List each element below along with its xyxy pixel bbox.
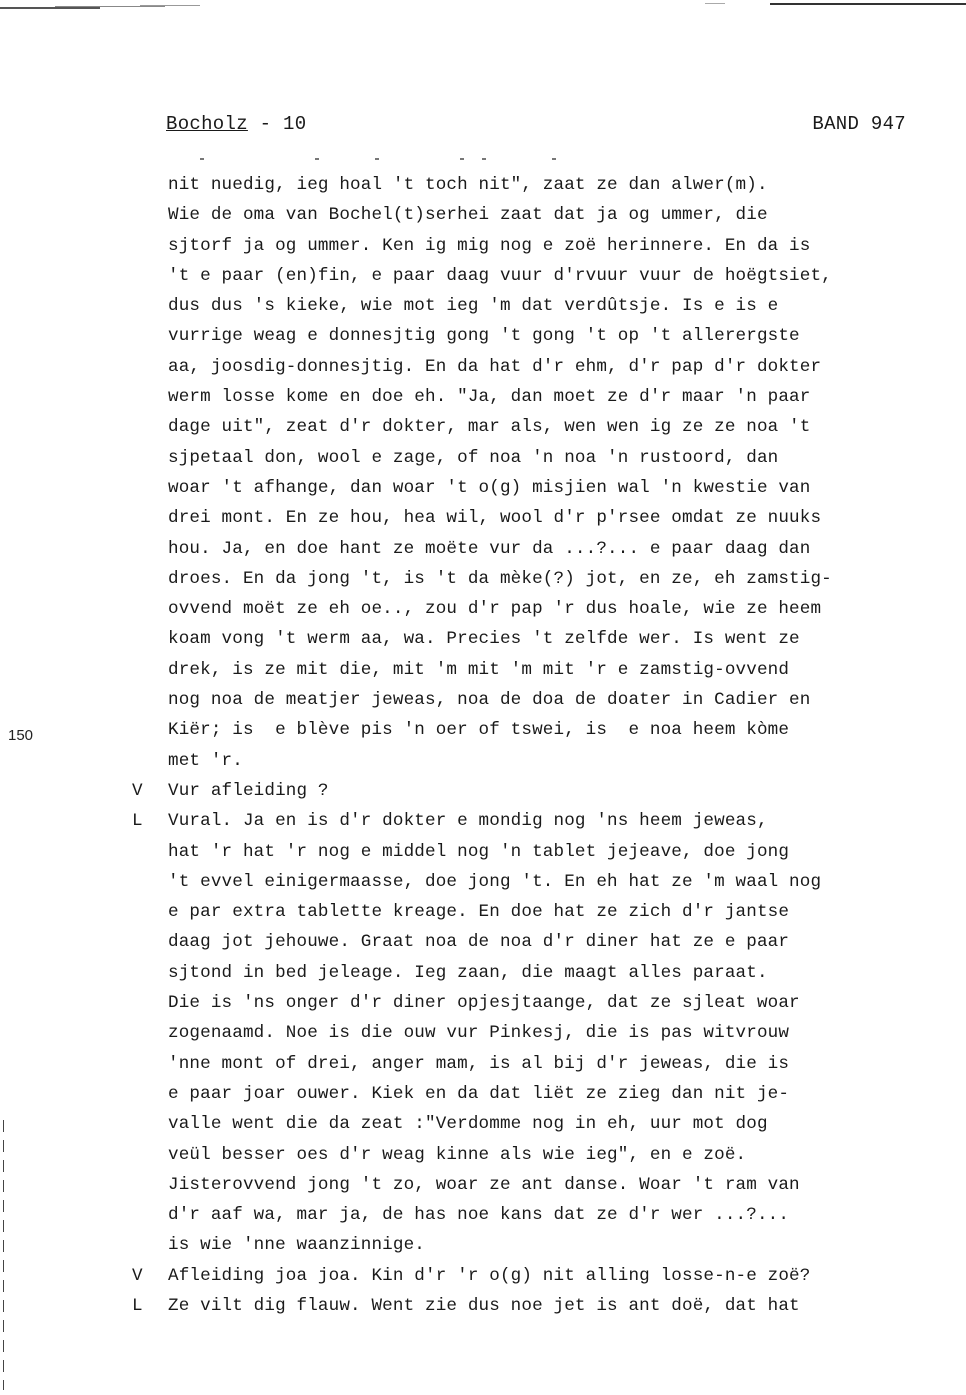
line-text: hou. Ja, en doe hant ze moëte vur da ...… <box>168 539 810 559</box>
line-text: koam vong 't werm aa, wa. Precies 't zel… <box>168 629 800 649</box>
line-text: dage uit", zeat d'r dokter, mar als, wen… <box>168 417 810 437</box>
transcript-line: Jisterovvend jong 't zo, woar ze ant dan… <box>132 1170 932 1200</box>
place-name: Bocholz <box>166 113 248 135</box>
line-text: nog noa de meatjer jeweas, noa de doa de… <box>168 690 810 710</box>
speaker-label: V <box>132 1261 156 1291</box>
line-text: 'nne mont of drei, anger mam, is al bij … <box>168 1054 789 1074</box>
line-text: werm losse kome en doe eh. "Ja, dan moet… <box>168 387 810 407</box>
transcript-line: 'nne mont of drei, anger mam, is al bij … <box>132 1049 932 1079</box>
transcript-line: LZe vilt dig flauw. Went zie dus noe jet… <box>132 1291 932 1321</box>
transcript-line: woar 't afhange, dan woar 't o(g) misjie… <box>132 473 932 503</box>
line-text: drei mont. En ze hou, hea wil, wool d'r … <box>168 508 821 528</box>
line-text: vurrige weag e donnesjtig gong 't gong '… <box>168 326 800 346</box>
line-text: daag jot jehouwe. Graat noa de noa d'r d… <box>168 932 789 952</box>
line-text: aa, joosdig-donnesjtig. En da hat d'r eh… <box>168 357 821 377</box>
line-text: sjpetaal don, wool e zage, of noa 'n noa… <box>168 448 778 468</box>
transcript-line: e paar joar ouwer. Kiek en da dat liët z… <box>132 1079 932 1109</box>
transcript-line: aa, joosdig-donnesjtig. En da hat d'r eh… <box>132 352 932 382</box>
transcript-line: Die is 'ns onger d'r diner opjesjtaange,… <box>132 988 932 1018</box>
line-text: Die is 'ns onger d'r diner opjesjtaange,… <box>168 993 800 1013</box>
transcript-line: is wie 'nne waanzinnige. <box>132 1230 932 1260</box>
transcript-line: dus dus 's kieke, wie mot ieg 'm dat ver… <box>132 291 932 321</box>
scan-artifact-line <box>770 3 966 5</box>
line-text: Afleiding joa joa. Kin d'r 'r o(g) nit a… <box>168 1266 810 1286</box>
transcript-line: drek, is ze mit die, mit 'm mit 'm mit '… <box>132 655 932 685</box>
scan-artifact-line <box>705 3 725 4</box>
line-text: veül besser oes d'r weag kinne als wie i… <box>168 1145 746 1165</box>
transcript-line: werm losse kome en doe eh. "Ja, dan moet… <box>132 382 932 412</box>
transcript-line: vurrige weag e donnesjtig gong 't gong '… <box>132 321 932 351</box>
line-text: sjtond in bed jeleage. Ieg zaan, die maa… <box>168 963 768 983</box>
transcript-line: sjtond in bed jeleage. Ieg zaan, die maa… <box>132 958 932 988</box>
scan-dots <box>200 158 600 162</box>
line-text: 't e paar (en)fin, e paar daag vuur d'rv… <box>168 266 832 286</box>
line-text: 't evvel einigermaasse, doe jong 't. En … <box>168 872 821 892</box>
transcript-line: nog noa de meatjer jeweas, noa de doa de… <box>132 685 932 715</box>
transcript-line: sjtorf ja og ummer. Ken ig mig nog e zoë… <box>132 231 932 261</box>
transcript-line: hou. Ja, en doe hant ze moëte vur da ...… <box>132 534 932 564</box>
transcript-line: drei mont. En ze hou, hea wil, wool d'r … <box>132 503 932 533</box>
line-text: Wie de oma van Bochel(t)serhei zaat dat … <box>168 205 768 225</box>
margin-line-number: 150 <box>8 727 33 744</box>
transcript-line: Wie de oma van Bochel(t)serhei zaat dat … <box>132 200 932 230</box>
line-text: e par extra tablette kreage. En doe hat … <box>168 902 789 922</box>
line-text: Jisterovvend jong 't zo, woar ze ant dan… <box>168 1175 800 1195</box>
scan-artifact-line <box>0 7 100 9</box>
line-text: d'r aaf wa, mar ja, de has noe kans dat … <box>168 1205 789 1225</box>
transcript-line: sjpetaal don, wool e zage, of noa 'n noa… <box>132 443 932 473</box>
line-text: drek, is ze mit die, mit 'm mit 'm mit '… <box>168 660 789 680</box>
line-text: hat 'r hat 'r nog e middel nog 'n tablet… <box>168 842 789 862</box>
line-text: is wie 'nne waanzinnige. <box>168 1235 425 1255</box>
line-text: sjtorf ja og ummer. Ken ig mig nog e zoë… <box>168 236 810 256</box>
transcript-line: dage uit", zeat d'r dokter, mar als, wen… <box>132 412 932 442</box>
transcript-line: valle went die da zeat :"Verdomme nog in… <box>132 1109 932 1139</box>
transcript-line: veül besser oes d'r weag kinne als wie i… <box>132 1140 932 1170</box>
speaker-label: L <box>132 1291 156 1321</box>
transcript-line: daag jot jehouwe. Graat noa de noa d'r d… <box>132 927 932 957</box>
transcript-line: nit nuedig, ieg hoal 't toch nit", zaat … <box>132 170 932 200</box>
speaker-label: L <box>132 806 156 836</box>
line-text: dus dus 's kieke, wie mot ieg 'm dat ver… <box>168 296 778 316</box>
line-text: met 'r. <box>168 751 243 771</box>
line-text: Vur afleiding ? <box>168 781 329 801</box>
scan-artifact-line <box>55 6 165 7</box>
transcript-line: VVur afleiding ? <box>132 776 932 806</box>
transcript-line: zogenaamd. Noe is die ouw vur Pinkesj, d… <box>132 1018 932 1048</box>
line-text: ovvend moët ze eh oe.., zou d'r pap 'r d… <box>168 599 821 619</box>
line-text: Kiër; is e blève pis 'n oer of tswei, is… <box>168 720 789 740</box>
line-text: valle went die da zeat :"Verdomme nog in… <box>168 1114 768 1134</box>
transcript-line: VAfleiding joa joa. Kin d'r 'r o(g) nit … <box>132 1261 932 1291</box>
line-text: nit nuedig, ieg hoal 't toch nit", zaat … <box>168 175 768 195</box>
transcript-line: 't evvel einigermaasse, doe jong 't. En … <box>132 867 932 897</box>
transcript-line: e par extra tablette kreage. En doe hat … <box>132 897 932 927</box>
transcript-line: met 'r. <box>132 746 932 776</box>
transcript-line: Kiër; is e blève pis 'n oer of tswei, is… <box>132 715 932 745</box>
header-separator: - <box>248 113 283 135</box>
scan-edge-mark <box>3 1120 4 1390</box>
band-number: BAND 947 <box>812 113 906 135</box>
transcript-line: 't e paar (en)fin, e paar daag vuur d'rv… <box>132 261 932 291</box>
speaker-label: V <box>132 776 156 806</box>
transcript-line: koam vong 't werm aa, wa. Precies 't zel… <box>132 624 932 654</box>
line-text: woar 't afhange, dan woar 't o(g) misjie… <box>168 478 810 498</box>
scan-artifact-line <box>140 5 200 6</box>
page-header: Bocholz - 10 BAND 947 <box>166 113 906 139</box>
line-text: droes. En da jong 't, is 't da mèke(?) j… <box>168 569 832 589</box>
line-text: zogenaamd. Noe is die ouw vur Pinkesj, d… <box>168 1023 789 1043</box>
transcript-line: d'r aaf wa, mar ja, de has noe kans dat … <box>132 1200 932 1230</box>
line-text: Vural. Ja en is d'r dokter e mondig nog … <box>168 811 768 831</box>
transcript-line: droes. En da jong 't, is 't da mèke(?) j… <box>132 564 932 594</box>
line-text: e paar joar ouwer. Kiek en da dat liët z… <box>168 1084 789 1104</box>
transcript-line: hat 'r hat 'r nog e middel nog 'n tablet… <box>132 837 932 867</box>
transcript-line: LVural. Ja en is d'r dokter e mondig nog… <box>132 806 932 836</box>
line-text: Ze vilt dig flauw. Went zie dus noe jet … <box>168 1296 800 1316</box>
transcript-body: nit nuedig, ieg hoal 't toch nit", zaat … <box>132 170 932 1321</box>
transcript-line: ovvend moët ze eh oe.., zou d'r pap 'r d… <box>132 594 932 624</box>
page-number: 10 <box>283 113 306 135</box>
